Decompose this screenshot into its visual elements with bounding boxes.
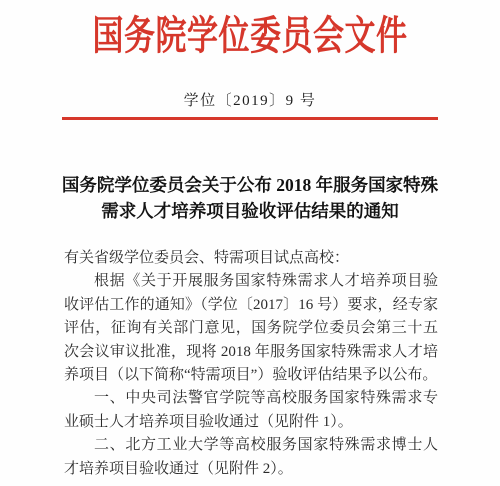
paragraph-item-2: 二、北方工业大学等高校服务国家特殊需求博士人才培养项目验收通过（见附件 2）。 xyxy=(64,434,438,481)
notice-body: 有关省级学位委员会、特需项目试点高校： 根据《关于开展服务国家特殊需求人才培养项… xyxy=(0,247,500,481)
letterhead-title: 国务院学位委员会文件 xyxy=(93,9,408,63)
document-page: 国务院学位委员会文件 学位〔2019〕9 号 国务院学位委员会关于公布 2018… xyxy=(0,0,500,486)
notice-title-line-1: 国务院学位委员会关于公布 2018 年服务国家特殊 xyxy=(62,175,438,195)
paragraph-basis: 根据《关于开展服务国家特殊需求人才培养项目验收评估工作的通知》（学位〔2017〕… xyxy=(64,270,438,387)
document-number: 学位〔2019〕9 号 xyxy=(0,92,500,111)
notice-title: 国务院学位委员会关于公布 2018 年服务国家特殊 需求人才培养项目验收评估结果… xyxy=(0,172,500,224)
letterhead: 国务院学位委员会文件 xyxy=(0,0,500,56)
salutation: 有关省级学位委员会、特需项目试点高校： xyxy=(64,247,438,270)
red-divider xyxy=(62,117,438,120)
paragraph-item-1: 一、中央司法警官学院等高校服务国家特殊需求专业硕士人才培养项目验收通过（见附件 … xyxy=(64,387,438,434)
notice-title-line-2: 需求人才培养项目验收评估结果的通知 xyxy=(101,201,399,221)
